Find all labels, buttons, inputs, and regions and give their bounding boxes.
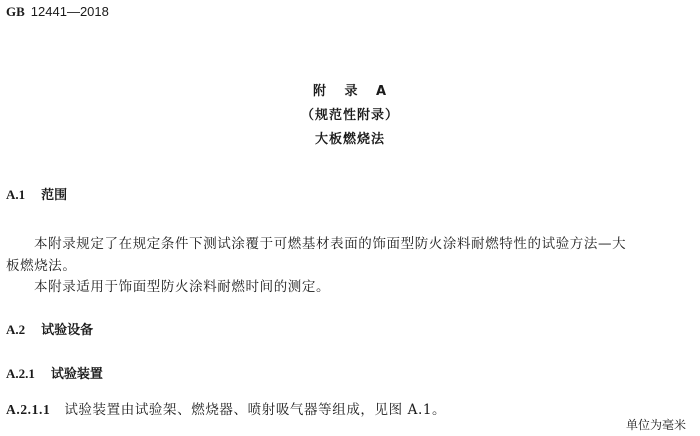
section-title: 范围 (41, 188, 67, 203)
section-a21-heading: A.2.1试验装置 (6, 363, 103, 382)
unit-note: 单位为毫米 (626, 416, 686, 433)
paragraph-line: 本附录适用于饰面型防火涂料耐燃时间的测定。 (34, 275, 330, 295)
section-title: 试验装置 (51, 367, 103, 382)
standard-prefix: GB (6, 4, 25, 19)
section-a2-heading: A.2试验设备 (6, 319, 93, 338)
section-title: 试验设备 (41, 323, 93, 338)
standard-id: GB12441—2018 (6, 4, 109, 20)
clause-a211: A.2.1.1试验装置由试验架、燃烧器、喷射吸气器等组成，见图 A.1。 (6, 398, 446, 418)
section-a1-heading: A.1范围 (6, 184, 67, 203)
clause-number: A.2.1.1 (6, 402, 50, 417)
standard-number: 12441—2018 (31, 4, 109, 19)
paragraph-line: 本附录规定了在规定条件下测试涂覆于可燃基材表面的饰面型防火涂料耐燃特性的试验方法… (34, 232, 626, 252)
paragraph-line: 板燃烧法。 (6, 254, 77, 274)
clause-text: 试验装置由试验架、燃烧器、喷射吸气器等组成，见图 A.1。 (64, 402, 446, 418)
section-number: A.2 (6, 322, 25, 337)
section-number: A.1 (6, 187, 25, 202)
section-number: A.2.1 (6, 366, 35, 381)
appendix-type: （规范性附录） (0, 104, 700, 123)
appendix-label: 附 录 A (0, 80, 700, 99)
appendix-title: 大板燃烧法 (0, 128, 700, 147)
